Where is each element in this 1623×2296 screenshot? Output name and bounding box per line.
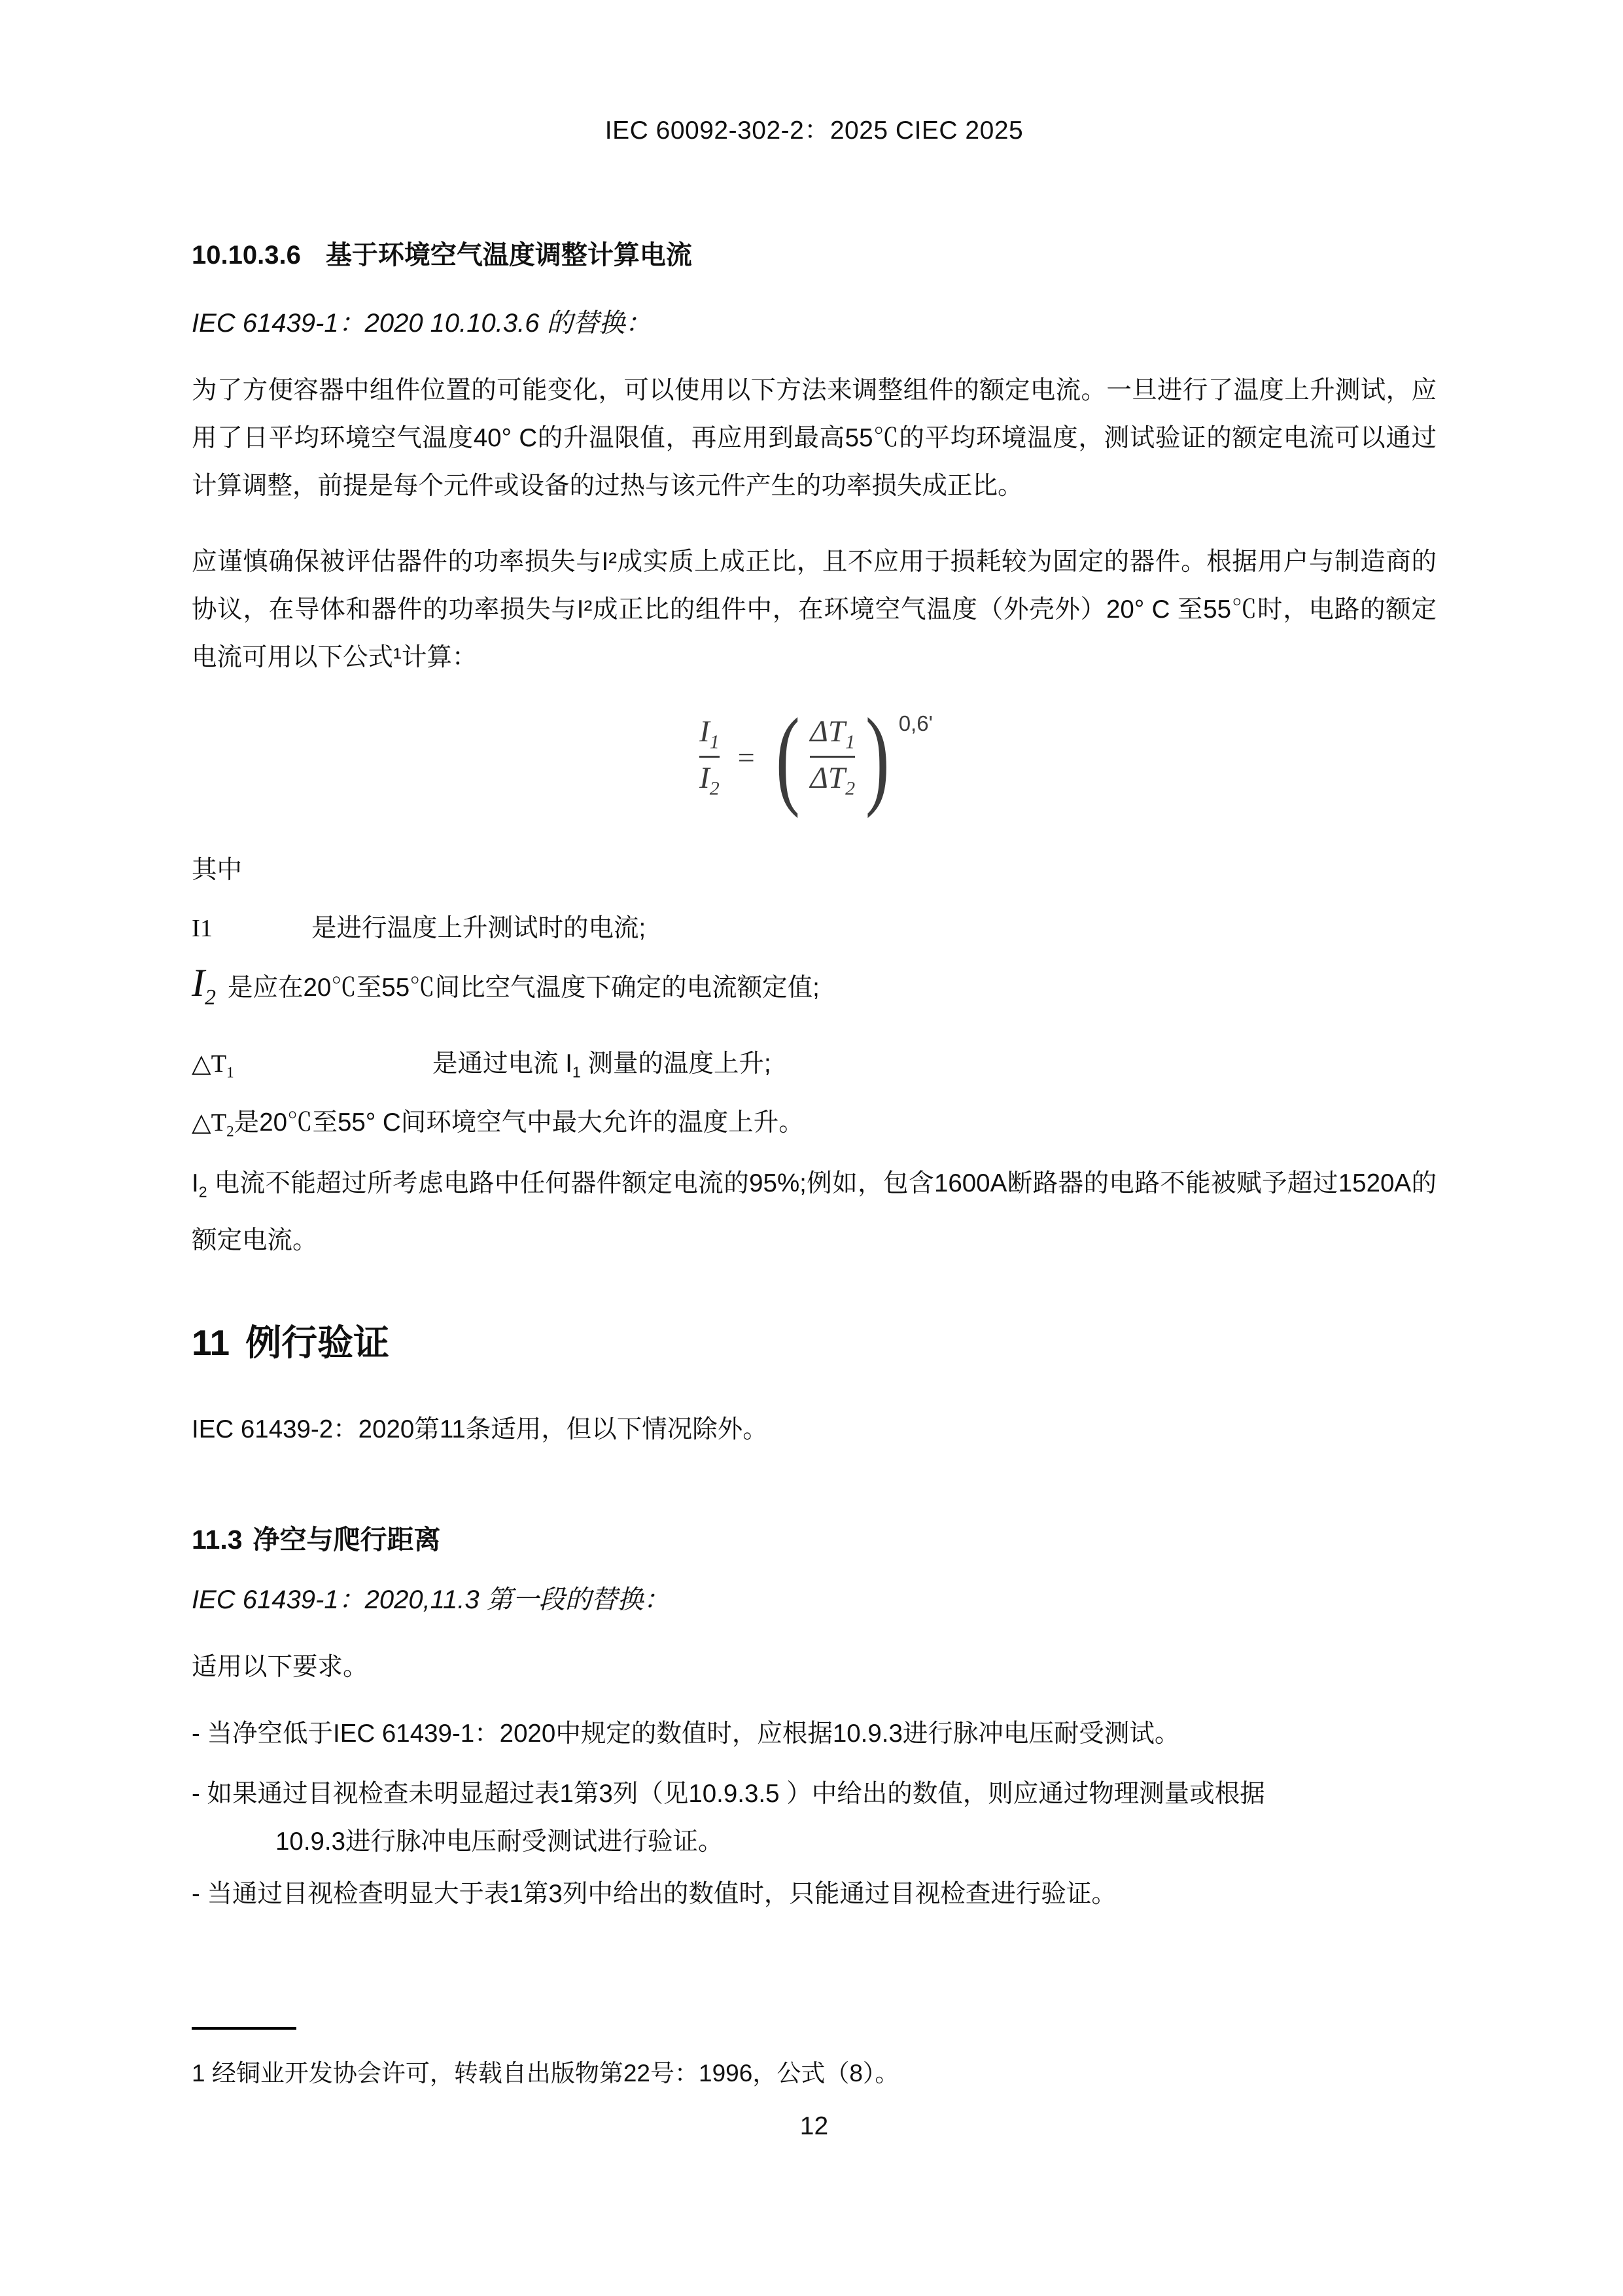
formula-exponent: 0,6': [899, 711, 933, 736]
where-label: 其中: [192, 851, 1437, 890]
chapter-heading-11: 11例行验证: [192, 1314, 1437, 1366]
bullet-item-1: - 当净空低于IEC 61439-1：2020中规定的数值时，应根据10.9.3…: [192, 1710, 1437, 1757]
definition-dt1-desc-sub: 1: [572, 1064, 581, 1081]
paragraph-1: 为了方便容器中组件位置的可能变化，可以使用以下方法来调整组件的额定电流。一旦进行…: [192, 366, 1437, 510]
definition-dt2-symbol: △T: [192, 1109, 226, 1137]
formula-right-fraction: ΔT1 ΔT2: [806, 713, 859, 801]
subsection-number: 11.3: [192, 1525, 243, 1555]
formula-i1: I: [699, 715, 710, 749]
requirements-lead: 适用以下要求。: [192, 1648, 1437, 1687]
definition-dt1-desc-pre: 是通过电流 I: [432, 1050, 572, 1078]
formula-dt2-sub: 2: [845, 778, 855, 800]
bullet-item-2: - 如果通过目视检查未明显超过表1第3列（见10.9.3.5 ）中给出的数值，则…: [192, 1770, 1437, 1865]
formula-i2: I: [699, 761, 710, 795]
subsection-title: 净空与爬行距离: [253, 1525, 441, 1555]
i2-symbol-letter: I: [192, 1169, 199, 1197]
formula-dt2: ΔT: [810, 761, 845, 795]
formula-equals: =: [738, 740, 755, 775]
page-header: IEC 60092-302-2：2025 CIEC 2025: [192, 110, 1437, 147]
formula-dt1-sub: 1: [845, 732, 855, 753]
chapter-number: 11: [192, 1322, 230, 1363]
page-number: 12: [192, 2112, 1437, 2141]
section-title: 基于环境空气温度调整计算电流: [326, 241, 692, 270]
formula-left-paren: (: [776, 710, 800, 805]
i2-symbol-sub: 2: [199, 1184, 207, 1201]
footnote-divider: [192, 2027, 296, 2030]
formula-right-paren: ): [865, 710, 890, 805]
definition-i2-desc: 是应在20℃至55℃间比空气温度下确定的电流额定值;: [228, 974, 820, 1002]
definition-dt2-desc: 是20℃至55° C间环境空气中最大允许的温度上升。: [234, 1108, 804, 1137]
paragraph-2: 应谨慎确保被评估器件的功率损失与I²成实质上成正比，且不应用于损耗较为固定的器件…: [192, 538, 1437, 681]
definition-i1: I1是进行温度上升测试时的电流;: [192, 908, 1437, 944]
chapter-11-intro: IEC 61439-2：2020第11条适用，但以下情况除外。: [192, 1410, 1437, 1449]
definition-i1-term: I1: [192, 914, 311, 943]
definition-dt1-sub: 1: [226, 1064, 234, 1081]
bullet-item-3: - 当通过目视检查明显大于表1第3列中给出的数值时，只能通过目视检查进行验证。: [192, 1870, 1437, 1918]
definition-i2: I2是应在20℃至55℃间比空气温度下确定的电流额定值;: [192, 961, 1437, 1010]
formula-i1-sub: 1: [710, 732, 720, 753]
section-heading-11-3: 11.3净空与爬行距离: [192, 1518, 1437, 1557]
definition-dt1-term: △T1: [192, 1049, 432, 1082]
paragraph-i2-limit: I2 电流不能超过所考虑电路中任何器件额定电流的95%;例如，包含1600A断路…: [192, 1159, 1437, 1264]
formula-left-fraction: I1 I2: [695, 713, 724, 801]
chapter-title: 例行验证: [245, 1322, 389, 1363]
replacement-note-1: IEC 61439-1：2020 10.10.3.6 的替换：: [192, 302, 1437, 340]
i2-symbol: I2: [192, 1169, 207, 1197]
definition-dt2: △T2是20℃至55° C间环境空气中最大允许的温度上升。: [192, 1103, 1437, 1140]
definition-dt1-desc: 是通过电流 I1 测量的温度上升;: [432, 1050, 771, 1078]
definition-i1-desc: 是进行温度上升测试时的电流;: [311, 914, 646, 942]
bullet-item-2-line1: - 如果通过目视检查未明显超过表1第3列（见10.9.3.5 ）中给出的数值，则…: [192, 1770, 1437, 1818]
replacement-note-2: IEC 61439-1：2020,11.3 第一段的替换：: [192, 1579, 1437, 1616]
section-heading-10-10-3-6: 10.10.3.6基于环境空气温度调整计算电流: [192, 234, 1437, 272]
formula-dt1: ΔT: [810, 715, 845, 749]
definition-dt1-desc-post: 测量的温度上升;: [581, 1050, 771, 1078]
definition-i2-symbol: I: [192, 961, 205, 1004]
i2-limit-text: 电流不能超过所考虑电路中任何器件额定电流的95%;例如，包含1600A断路器的电…: [192, 1169, 1437, 1254]
definition-dt1: △T1是通过电流 I1 测量的温度上升;: [192, 1044, 1437, 1082]
formula-i2-sub: 2: [710, 778, 720, 800]
definition-i2-term: I2: [192, 961, 216, 1004]
definition-i2-sub: 2: [205, 985, 216, 1010]
bullet-item-2-line2: 10.9.3进行脉冲电压耐受测试进行验证。: [192, 1818, 1437, 1865]
document-page: IEC 60092-302-2：2025 CIEC 2025 10.10.3.6…: [0, 0, 1623, 2296]
section-number: 10.10.3.6: [192, 241, 301, 270]
footnote-text: 1 经铜业开发协会许可，转载自出版物第22号：1996，公式（8）。: [192, 2053, 1437, 2089]
definition-dt2-sub: 2: [226, 1123, 234, 1140]
definition-dt1-symbol: △T: [192, 1050, 226, 1078]
definition-dt2-term: △T2: [192, 1109, 234, 1137]
formula-current-ratio: I1 I2 = ( ΔT1 ΔT2 ) 0,6': [192, 710, 1437, 805]
